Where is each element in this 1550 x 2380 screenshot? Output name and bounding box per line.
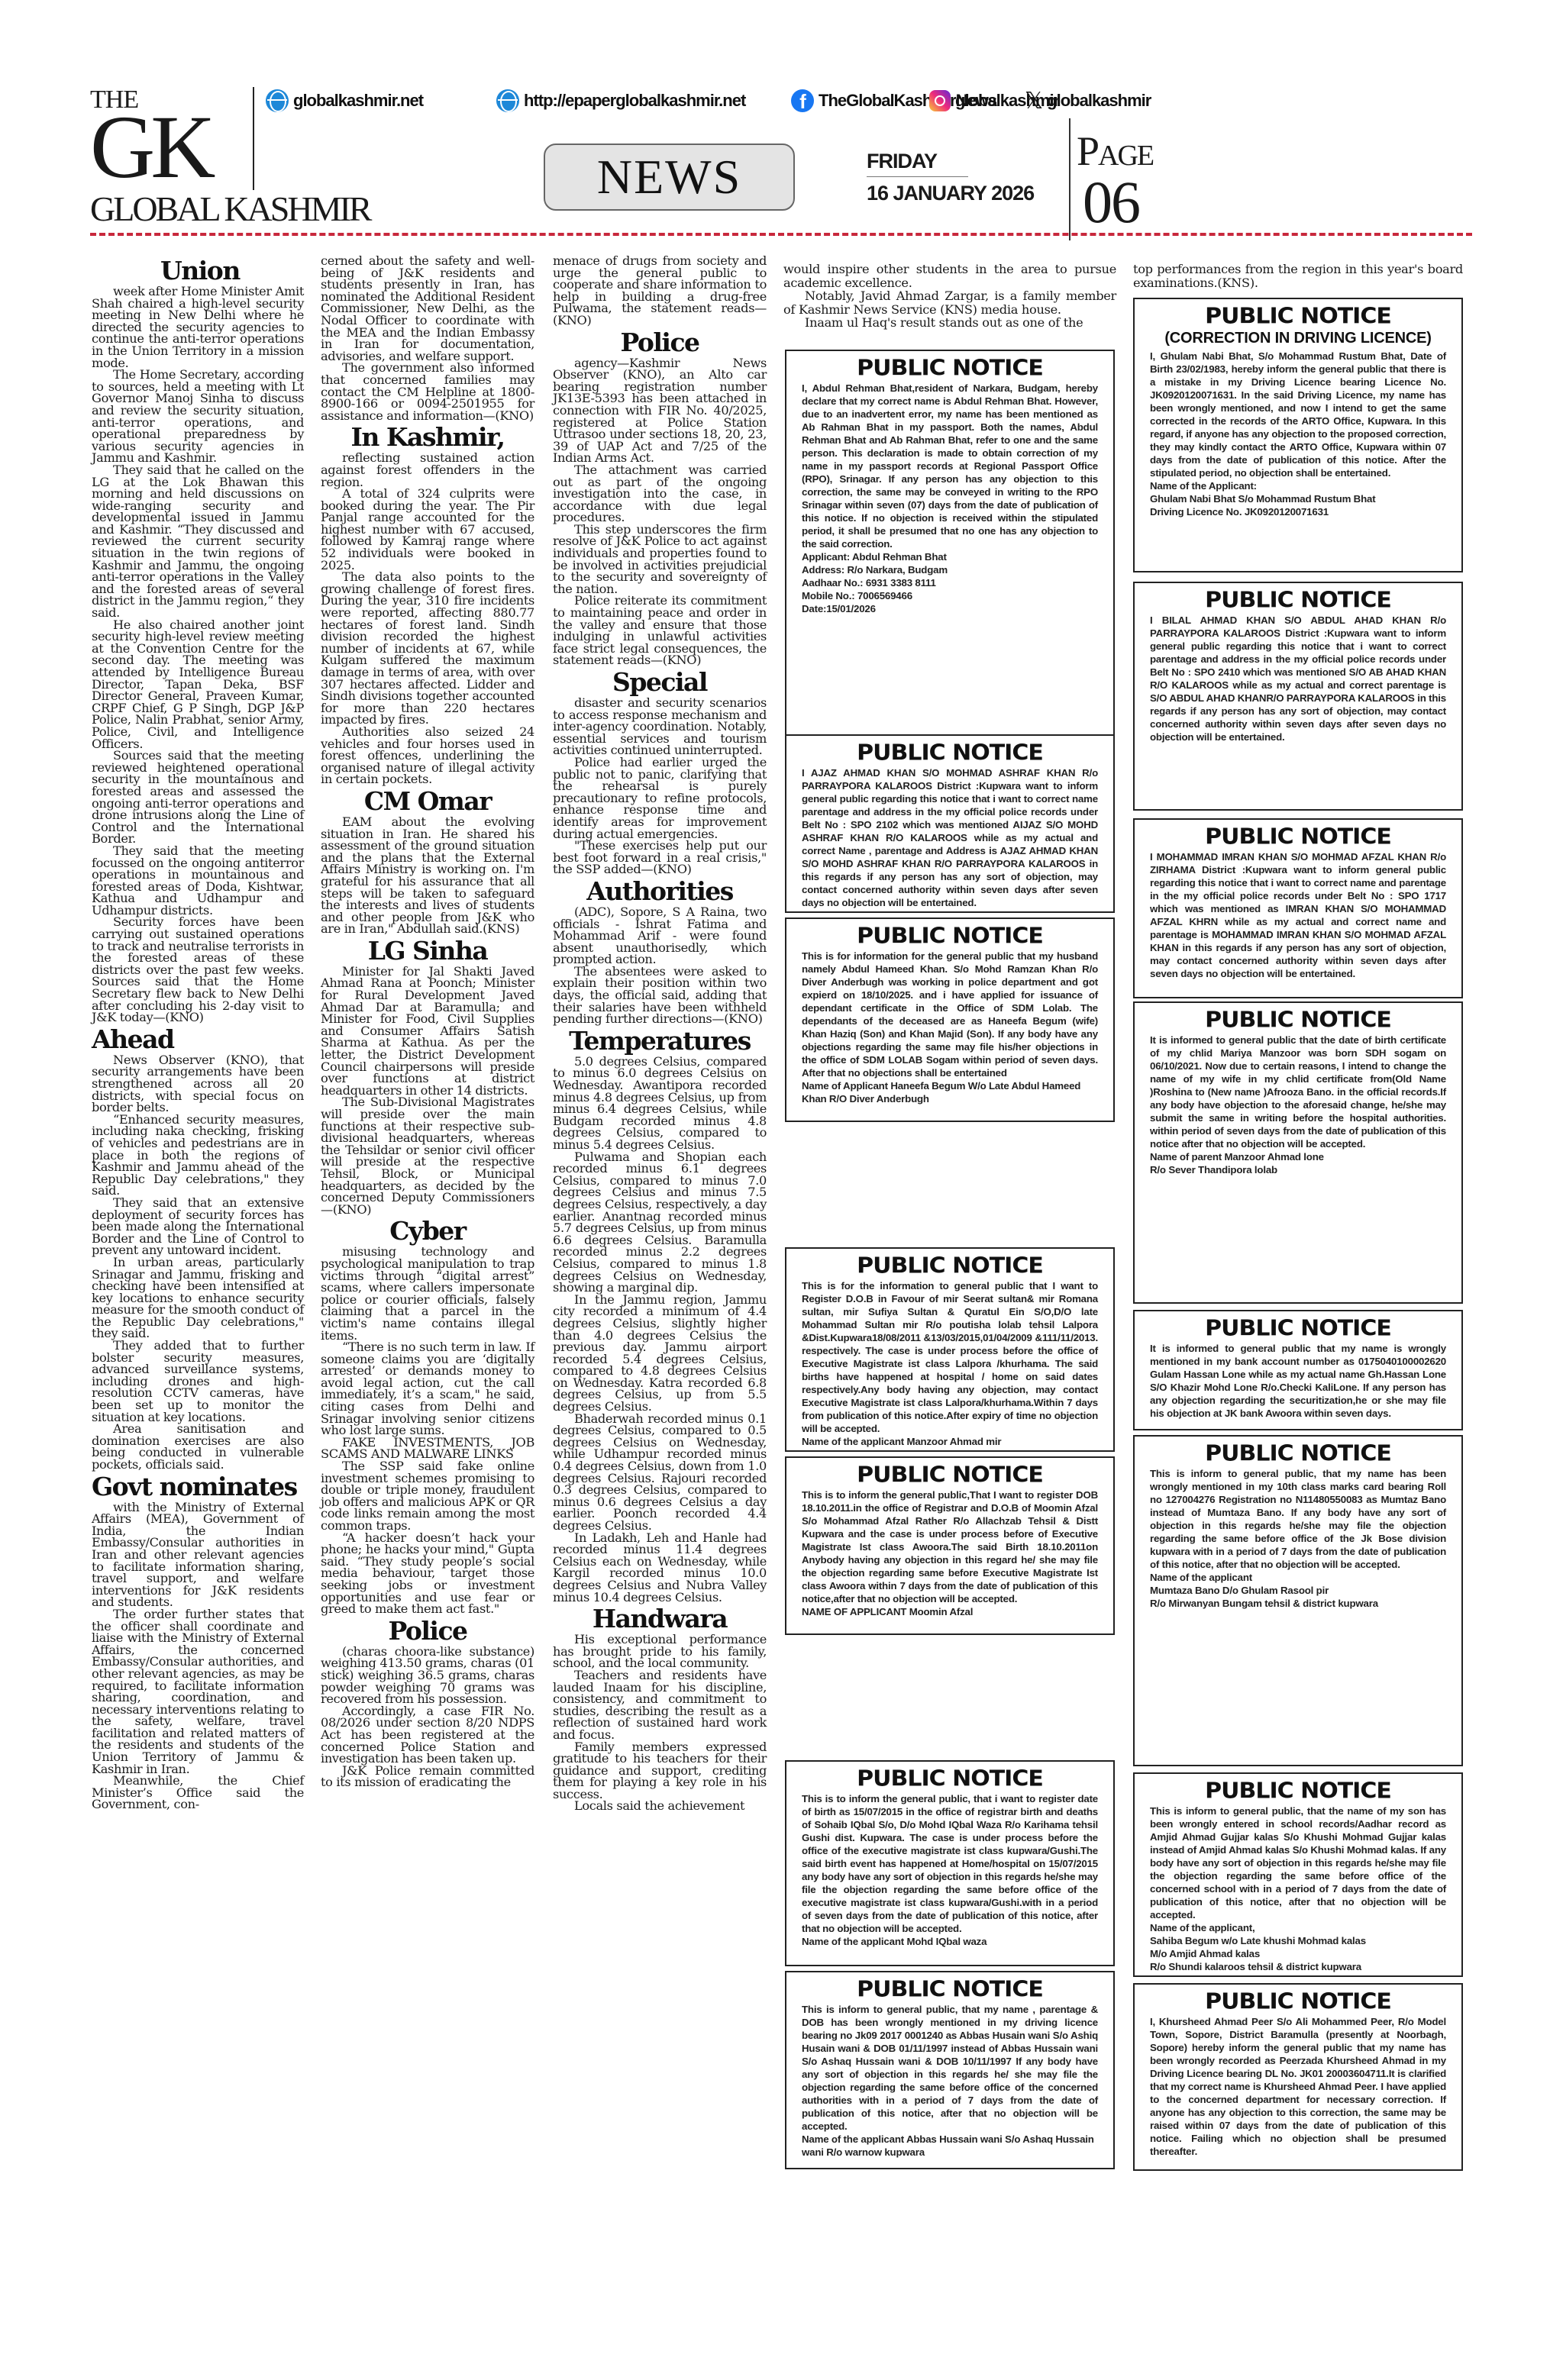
article-paragraph: Security forces have been carrying out s…	[92, 916, 304, 1023]
notice-body: I, Khursheed Ahmad Peer S/o Ali Mohammed…	[1150, 2015, 1446, 2158]
article-paragraph: They said that an extensive deployment o…	[92, 1197, 304, 1256]
social-epaper-label: http://epaperglobalkashmir.net	[524, 91, 745, 111]
article-paragraph: Authorities also seized 24 vehicles and …	[321, 726, 534, 785]
article-paragraph: Bhaderwah recorded minus 0.1 degrees Cel…	[553, 1413, 767, 1532]
notice-title: PUBLIC NOTICE	[802, 358, 1098, 380]
notice-signoff: Address: R/o Narkara, Budgam	[802, 563, 1098, 576]
notice-title: PUBLIC NOTICE	[1150, 1443, 1446, 1466]
public-notice: PUBLIC NOTICE (CORRECTION IN DRIVING LIC…	[1133, 298, 1463, 572]
notice-signoff: Date:15/01/2026	[802, 602, 1098, 615]
article-paragraph: “There is no such term in law. If someon…	[321, 1341, 534, 1437]
logo-gk: GK	[90, 105, 211, 189]
article-paragraph: The order further states that the office…	[92, 1608, 304, 1775]
public-notice: PUBLIC NOTICE I AJAZ AHMAD KHAN S/O MOHM…	[785, 734, 1115, 913]
article-paragraph: reflecting sustained action against fore…	[321, 452, 534, 488]
section-label-box: NEWS	[544, 144, 795, 211]
article-paragraph: “A hacker doesn’t hack your phone; he ha…	[321, 1532, 534, 1615]
article-paragraph: Notably, Javid Ahmad Zargar, is a family…	[783, 289, 1116, 316]
headline-police-2: Police	[553, 328, 767, 357]
article-paragraph: Inaam ul Haq's result stands out as one …	[783, 316, 1116, 330]
notice-signoff: Name of the applicant Abbas Hussain wani…	[802, 2133, 1098, 2159]
article-paragraph: The Sub-Divisional Magistrates will pres…	[321, 1096, 534, 1215]
article-paragraph: menace of drugs from society and urge th…	[553, 255, 767, 327]
public-notice: PUBLIC NOTICE This is inform to general …	[1133, 1772, 1463, 1977]
notice-body: I, Ghulam Nabi Bhat, S/o Mohammad Rustum…	[1150, 350, 1446, 479]
article-paragraph: Teachers and residents have lauded Inaam…	[553, 1669, 767, 1741]
notice-signoff: Mumtaza Bano D/o Ghulam Rasool pir	[1150, 1584, 1446, 1597]
public-notice: PUBLIC NOTICE This is for information fo…	[785, 917, 1115, 1122]
notice-title: PUBLIC NOTICE	[1150, 827, 1446, 849]
article-paragraph: His exceptional performance has brought …	[553, 1633, 767, 1669]
article-paragraph: This step underscores the firm resolve o…	[553, 524, 767, 595]
headline-in-kashmir: In Kashmir,	[321, 423, 534, 452]
notice-signoff: Name of the applicant Manzoor Ahmad mir	[802, 1435, 1098, 1448]
issue-date: 16 JANUARY 2026	[867, 182, 1034, 205]
article-paragraph: A total of 324 culprits were booked duri…	[321, 488, 534, 571]
notice-signoff: M/o Amjid Ahmad kalas	[1150, 1947, 1446, 1960]
column-1: Union week after Home Minister Amit Shah…	[92, 255, 304, 1811]
column-3: menace of drugs from society and urge th…	[553, 255, 767, 1812]
public-notice: PUBLIC NOTICE This is for the informatio…	[785, 1247, 1115, 1452]
article-paragraph: Sources said that the meeting reviewed h…	[92, 750, 304, 845]
article-paragraph: The attachment was carried out as part o…	[553, 464, 767, 524]
article-paragraph: News Observer (KNO), that security arran…	[92, 1054, 304, 1114]
social-x[interactable]: 𝕏 globalkashmir	[1025, 85, 1151, 116]
notice-signoff: Name of Applicant Haneefa Begum W/o Late…	[802, 1079, 1098, 1105]
notice-title: PUBLIC NOTICE	[1150, 1318, 1446, 1340]
header-dashed-rule	[90, 233, 1472, 236]
notice-signoff: Applicant: Abdul Rehman Bhat	[802, 550, 1098, 563]
column-4-continuation: would inspire other students in the area…	[783, 263, 1116, 330]
article-paragraph: Area sanitisation and domination exercis…	[92, 1423, 304, 1470]
article-paragraph: would inspire other students in the area…	[783, 263, 1116, 289]
headline-ahead: Ahead	[92, 1025, 304, 1054]
notice-signoff: NAME OF APPLICANT Moomin Afzal	[802, 1605, 1098, 1618]
notice-title: PUBLIC NOTICE	[1150, 1781, 1446, 1803]
article-paragraph: misusing technology and psychological ma…	[321, 1246, 534, 1341]
notice-body: I, Abdul Rehman Bhat,resident of Narkara…	[802, 382, 1098, 550]
headline-special: Special	[553, 668, 767, 697]
article-paragraph: disaster and security scenarios to acces…	[553, 697, 767, 756]
notice-body: I AJAZ AHMAD KHAN S/O MOHMAD ASHRAF KHAN…	[802, 766, 1098, 909]
article-paragraph: The data also points to the growing chal…	[321, 571, 534, 726]
headline-cyber: Cyber	[321, 1217, 534, 1246]
headline-lg-sinha: LG Sinha	[321, 937, 534, 966]
page-label-rest: AGE	[1098, 140, 1153, 172]
article-paragraph: Accordingly, a case FIR No. 08/2026 unde…	[321, 1705, 534, 1765]
article-paragraph: cerned about the safety and well-being o…	[321, 255, 534, 362]
date-divider	[867, 176, 968, 177]
article-paragraph: The SSP said fake online investment sche…	[321, 1460, 534, 1532]
notice-title: PUBLIC NOTICE	[1150, 1010, 1446, 1032]
notice-signoff: Name of the applicant	[1150, 1571, 1446, 1584]
notice-signoff: Name of the Applicant:	[1150, 479, 1446, 492]
logo-divider	[253, 87, 254, 190]
article-paragraph: Meanwhile, the Chief Minister’s Office s…	[92, 1775, 304, 1811]
article-paragraph: Pulwama and Shopian each recorded minus …	[553, 1151, 767, 1294]
headline-handwara: Handwara	[553, 1604, 767, 1633]
article-paragraph: "These exercises help put our best foot …	[553, 840, 767, 876]
notice-title: PUBLIC NOTICE	[802, 926, 1098, 948]
article-paragraph: They said that the meeting focussed on t…	[92, 845, 304, 917]
notice-subtitle: (CORRECTION IN DRIVING LICENCE)	[1150, 330, 1446, 347]
notice-body: I MOHAMMAD IMRAN KHAN S/O MOHMAD AFZAL K…	[1150, 850, 1446, 980]
public-notice: PUBLIC NOTICE It is informed to general …	[1133, 1310, 1463, 1430]
article-paragraph: The government also informed that concer…	[321, 362, 534, 421]
page-label-initial: P	[1077, 128, 1098, 174]
notice-title: PUBLIC NOTICE	[802, 743, 1098, 765]
notice-signoff: Mobile No.: 7006569466	[802, 589, 1098, 602]
article-paragraph: Locals said the achievement	[553, 1800, 767, 1812]
facebook-icon: f	[791, 89, 814, 112]
notice-body: It is informed to general public that my…	[1150, 1342, 1446, 1420]
notice-signoff: Name of the applicant Mohd IQbal waza	[802, 1935, 1098, 1948]
notice-signoff: R/o Shundi kalaroos tehsil & district ku…	[1150, 1960, 1446, 1973]
notice-title: PUBLIC NOTICE	[1150, 590, 1446, 612]
article-paragraph: with the Ministry of External Affairs (M…	[92, 1501, 304, 1608]
column-2: cerned about the safety and well-being o…	[321, 255, 534, 1788]
globe-icon	[496, 89, 519, 112]
article-paragraph: (ADC), Sopore, S A Raina, two officials …	[553, 906, 767, 966]
article-paragraph: Minister for Jal Shakti Javed Ahmad Rana…	[321, 966, 534, 1097]
notice-body: This is inform to general public, that m…	[802, 2003, 1098, 2133]
article-paragraph: He also chaired another joint security h…	[92, 619, 304, 750]
public-notice: PUBLIC NOTICE This is inform to general …	[785, 1971, 1115, 2169]
public-notice: PUBLIC NOTICE I BILAL AHMAD KHAN S/O ABD…	[1133, 582, 1463, 811]
column-5-continuation: top performances from the region in this…	[1133, 263, 1463, 289]
article-paragraph: In Ladakh, Leh and Hanle had recorded mi…	[553, 1532, 767, 1604]
notice-body: This is inform to general public, that m…	[1150, 1467, 1446, 1571]
article-paragraph: Police had earlier urged the public not …	[553, 756, 767, 840]
social-x-label: globalkashmir	[1047, 91, 1151, 111]
notice-title: PUBLIC NOTICE	[802, 1256, 1098, 1278]
article-paragraph: J&K Police remain committed to its missi…	[321, 1765, 534, 1788]
article-paragraph: EAM about the evolving situation in Iran…	[321, 816, 534, 935]
notice-title: PUBLIC NOTICE	[802, 1769, 1098, 1791]
headline-govt-nominates: Govt nominates	[92, 1472, 304, 1501]
notice-body: This is to inform the general public,Tha…	[802, 1488, 1098, 1605]
headline-temperatures: Temperatures	[553, 1027, 767, 1056]
notice-signoff: Driving Licence No. JK0920120071631	[1150, 505, 1446, 518]
social-epaper[interactable]: http://epaperglobalkashmir.net	[496, 85, 745, 116]
headline-union: Union	[92, 256, 304, 285]
notice-body: I BILAL AHMAD KHAN S/O ABDUL AHAD KHAN R…	[1150, 614, 1446, 743]
article-paragraph: top performances from the region in this…	[1133, 263, 1463, 289]
notice-body: This is for information for the general …	[802, 950, 1098, 1079]
page-divider	[1069, 118, 1070, 240]
notice-title: PUBLIC NOTICE	[1150, 1991, 1446, 2014]
article-paragraph: “Enhanced security measures, including n…	[92, 1114, 304, 1197]
notice-body: This is to inform the general public, th…	[802, 1792, 1098, 1935]
notice-signoff: Name of parent Manzoor Ahmad lone	[1150, 1150, 1446, 1163]
article-paragraph: The absentees were asked to explain thei…	[553, 966, 767, 1025]
instagram-icon	[929, 90, 951, 111]
article-paragraph: They said that he called on the LG at th…	[92, 464, 304, 619]
public-notice: PUBLIC NOTICE I, Khursheed Ahmad Peer S/…	[1133, 1983, 1463, 2171]
headline-cm-omar: CM Omar	[321, 787, 534, 816]
headline-authorities: Authorities	[553, 877, 767, 906]
social-website-label: globalkashmir.net	[293, 91, 423, 111]
notice-signoff: Sahiba Begum w/o Late khushi Mohmad kala…	[1150, 1934, 1446, 1947]
public-notice: PUBLIC NOTICE I MOHAMMAD IMRAN KHAN S/O …	[1133, 818, 1463, 998]
public-notice: PUBLIC NOTICE This is to inform the gene…	[785, 1760, 1115, 1966]
notice-signoff: Aadhaar No.: 6931 3383 8111	[802, 576, 1098, 589]
public-notice: PUBLIC NOTICE This is to inform the gene…	[785, 1456, 1115, 1635]
section-label: NEWS	[597, 149, 741, 205]
page-number: 06	[1083, 172, 1139, 233]
public-notice: PUBLIC NOTICE I, Abdul Rehman Bhat,resid…	[785, 350, 1115, 739]
notice-signoff: Ghulam Nabi Bhat S/o Mohammad Rustum Bha…	[1150, 492, 1446, 505]
public-notice: PUBLIC NOTICE This is inform to general …	[1133, 1435, 1463, 1766]
article-paragraph: Family members expressed gratitude to hi…	[553, 1741, 767, 1801]
notice-signoff: Name of the applicant,	[1150, 1921, 1446, 1934]
social-website[interactable]: globalkashmir.net	[266, 85, 423, 116]
issue-day: FRIDAY	[867, 150, 937, 173]
article-subhead: FAKE INVESTMENTS, JOB SCAMS AND MALWARE …	[321, 1437, 534, 1460]
notice-title: PUBLIC NOTICE	[1150, 306, 1446, 328]
x-icon: 𝕏	[1025, 88, 1042, 114]
notice-signoff: R/o Sever Thandipora lolab	[1150, 1163, 1446, 1176]
article-paragraph: 5.0 degrees Celsius, compared to minus 6…	[553, 1056, 767, 1151]
headline-police: Police	[321, 1617, 534, 1646]
notice-body: It is informed to general public that th…	[1150, 1034, 1446, 1150]
article-paragraph: (charas choora-like substance) weighing …	[321, 1646, 534, 1705]
notice-signoff: R/o Mirwanyan Bungam tehsil & district k…	[1150, 1597, 1446, 1610]
public-notice: PUBLIC NOTICE It is informed to general …	[1133, 1001, 1463, 1304]
article-paragraph: In urban areas, particularly Srinagar an…	[92, 1256, 304, 1340]
article-paragraph: week after Home Minister Amit Shah chair…	[92, 285, 304, 369]
notice-title: PUBLIC NOTICE	[802, 1979, 1098, 2001]
article-paragraph: In the Jammu region, Jammu city recorded…	[553, 1294, 767, 1413]
article-paragraph: agency—Kashmir News Observer (KNO), an A…	[553, 357, 767, 464]
notice-body: This is inform to general public, that t…	[1150, 1804, 1446, 1921]
article-paragraph: Police reiterate its commitment to maint…	[553, 595, 767, 666]
article-paragraph: The Home Secretary, according to sources…	[92, 369, 304, 464]
notice-title: PUBLIC NOTICE	[802, 1465, 1098, 1487]
globe-icon	[266, 89, 289, 112]
article-paragraph: They added that to further bolster secur…	[92, 1340, 304, 1423]
logo-global-kashmir: GLOBAL KASHMIR	[90, 191, 370, 227]
notice-body: This is for the information to general p…	[802, 1279, 1098, 1435]
